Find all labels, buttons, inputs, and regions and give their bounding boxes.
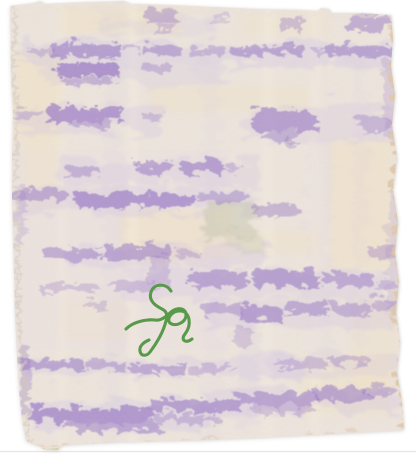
paper-sheet [0,0,416,456]
painting-canvas [0,0,416,456]
speckle-grain [0,0,416,456]
paint-texture [0,0,416,456]
artwork-photo: fe [0,0,416,456]
